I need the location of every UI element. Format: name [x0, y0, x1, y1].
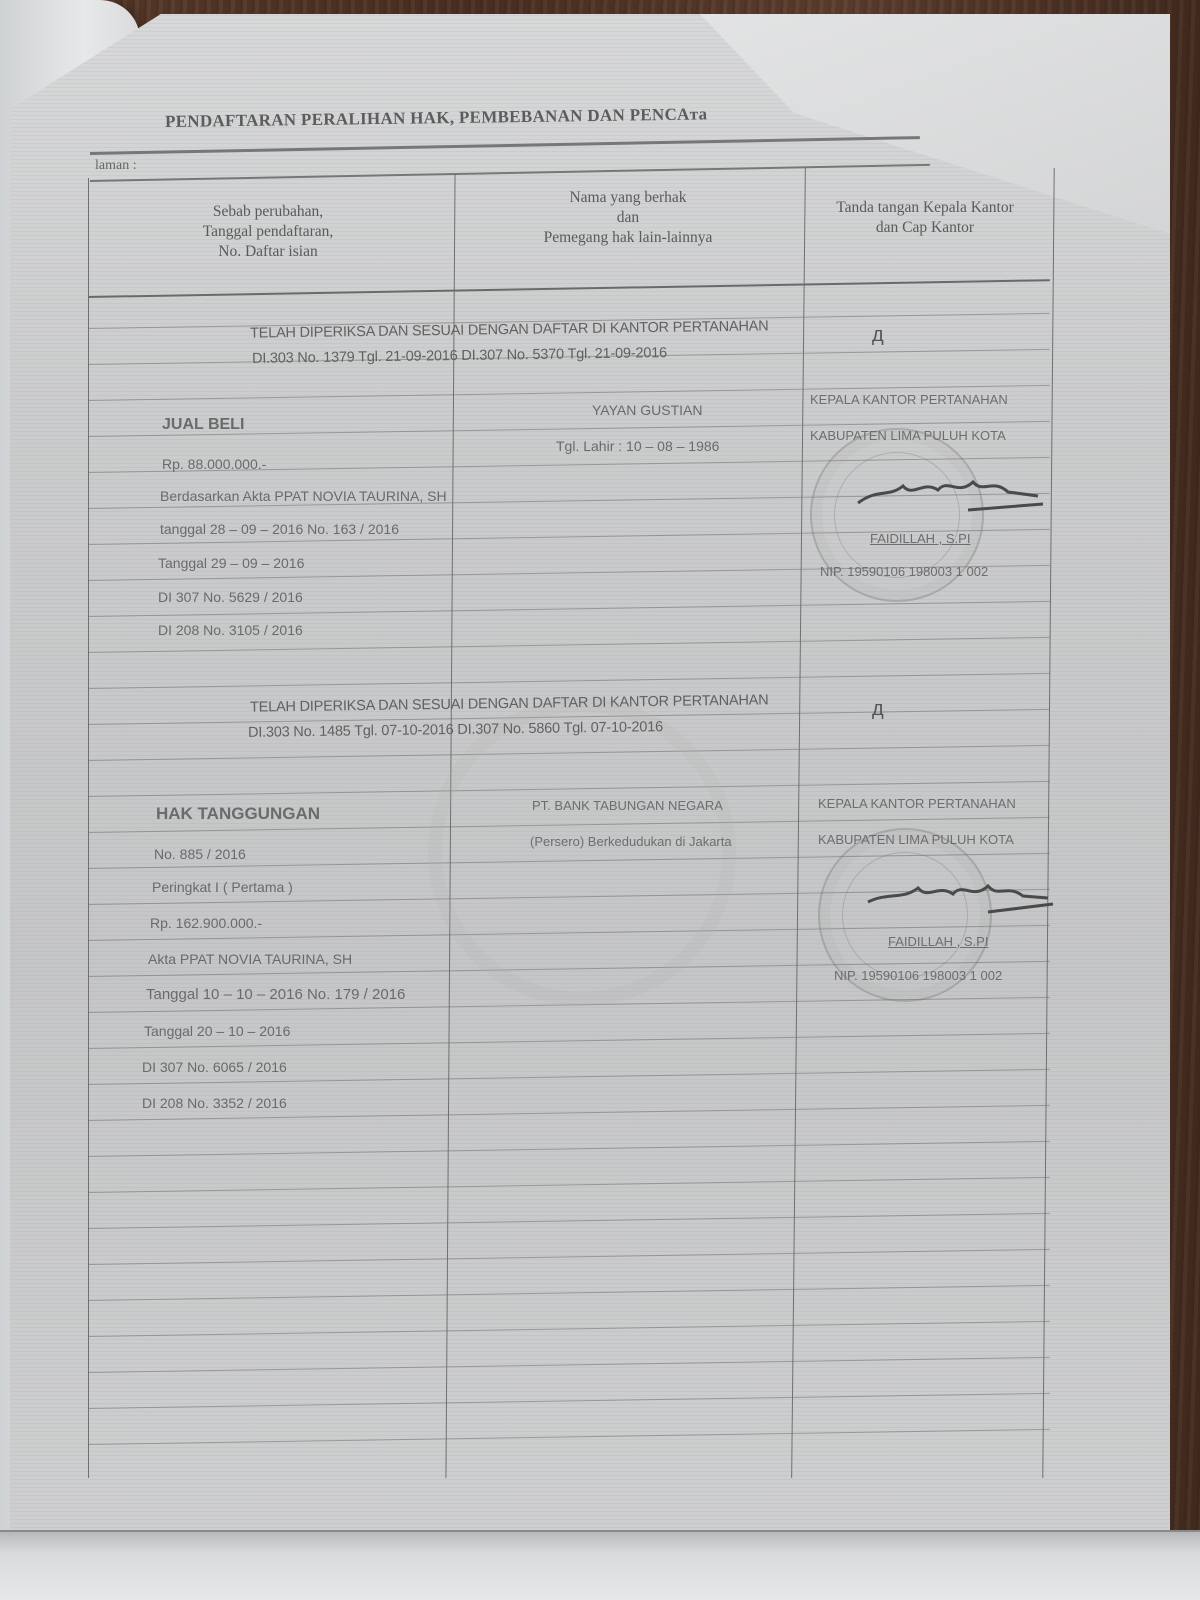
signatory-nip: NIP. 19590106 198003 1 002	[834, 968, 1002, 983]
ruled-line	[88, 1429, 1050, 1445]
ruled-line	[88, 1321, 1050, 1337]
header-divider	[88, 279, 1050, 298]
signature-office: KABUPATEN LIMA PULUH KOTA	[810, 428, 1006, 443]
ruled-line	[88, 1357, 1050, 1373]
cause-line: Rp. 162.900.000.-	[150, 915, 262, 931]
header-cause: Sebab perubahan, Tanggal pendaftaran, No…	[138, 202, 398, 262]
cause-line: DI 307 No. 6065 / 2016	[142, 1059, 287, 1075]
ruled-line	[88, 1177, 1050, 1193]
cause-line: Rp. 88.000.000.-	[162, 456, 266, 472]
table-border-left	[88, 178, 89, 1478]
cause-line: Akta PPAT NOVIA TAURINA, SH	[148, 951, 352, 967]
cause-line: Tanggal 20 – 10 – 2016	[144, 1023, 290, 1039]
cause-line: DI 307 No. 5629 / 2016	[158, 589, 303, 605]
signatory-nip: NIP. 19590106 198003 1 002	[820, 564, 988, 579]
cause-line: DI 208 No. 3105 / 2016	[158, 622, 303, 638]
verification-stamp-line2: DI.303 No. 1379 Tgl. 21-09-2016 DI.307 N…	[252, 345, 667, 367]
holder-detail: (Persero) Berkedudukan di Jakarta	[530, 834, 732, 849]
handwritten-initial: д	[872, 324, 884, 347]
cause-line: No. 885 / 2016	[154, 846, 246, 862]
holder-name: YAYAN GUSTIAN	[592, 402, 702, 418]
signature-title: KEPALA KANTOR PERTANAHAN	[818, 796, 1016, 811]
handwritten-signature	[848, 468, 1048, 518]
ruled-line	[88, 1213, 1050, 1229]
cause-line: Berdasarkan Akta PPAT NOVIA TAURINA, SH	[160, 488, 447, 504]
handwritten-initial: д	[872, 698, 884, 721]
page-number-label: laman :	[95, 158, 137, 174]
ruled-line	[88, 1141, 1050, 1157]
cause-type: HAK TANGGUNGAN	[156, 804, 320, 824]
signature-title: KEPALA KANTOR PERTANAHAN	[810, 392, 1008, 407]
ruled-line	[88, 673, 1050, 689]
signatory-name: FAIDILLAH , S.PI	[888, 934, 988, 949]
page-bottom-edge	[0, 1530, 1200, 1600]
ruled-line	[88, 1249, 1050, 1265]
verification-stamp-line1: TELAH DIPERIKSA DAN SESUAI DENGAN DAFTAR…	[250, 692, 769, 715]
holder-name: PT. BANK TABUNGAN NEGARA	[532, 798, 723, 813]
cause-line: Tanggal 10 – 10 – 2016 No. 179 / 2016	[146, 986, 405, 1003]
cause-line: DI 208 No. 3352 / 2016	[142, 1095, 287, 1111]
cause-line: Tanggal 29 – 09 – 2016	[158, 555, 304, 571]
register-table: Sebab perubahan, Tanggal pendaftaran, No…	[88, 178, 1050, 1478]
ruled-line	[88, 1393, 1050, 1409]
header-signature: Tanda tangan Kepala Kantor dan Cap Kanto…	[800, 198, 1050, 238]
cause-type: JUAL BELI	[162, 416, 244, 434]
signature-office: KABUPATEN LIMA PULUH KOTA	[818, 832, 1014, 847]
ruled-line	[88, 1285, 1050, 1301]
column-divider-2	[791, 168, 806, 1478]
cause-line: tanggal 28 – 09 – 2016 No. 163 / 2016	[160, 521, 399, 537]
holder-detail: Tgl. Lahir : 10 – 08 – 1986	[556, 438, 719, 454]
verification-stamp-line1: TELAH DIPERIKSA DAN SESUAI DENGAN DAFTAR…	[250, 318, 769, 341]
watermark-emblem	[428, 698, 736, 1006]
cause-line: Peringkat I ( Pertama )	[152, 879, 293, 895]
signatory-name: FAIDILLAH , S.PI	[870, 531, 970, 546]
header-holder: Nama yang berhak dan Pemegang hak lain-l…	[488, 188, 768, 248]
handwritten-signature	[858, 872, 1058, 922]
ruled-line	[88, 637, 1050, 653]
